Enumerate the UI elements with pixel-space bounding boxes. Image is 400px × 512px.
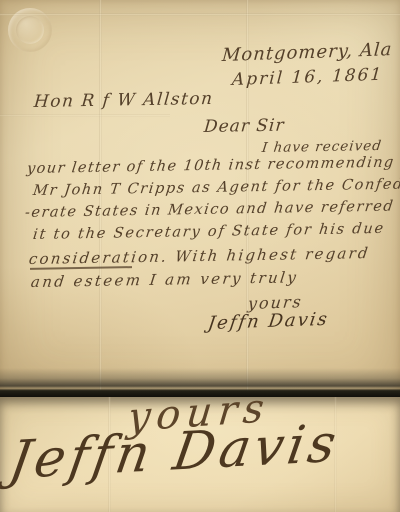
letter-screenshot: Montgomery, Ala April 16, 1861 Hon R f W… [0, 0, 400, 512]
dateline-date: April 16, 1861 [231, 65, 384, 90]
body-line-5: it to the Secretary of State for his due [32, 221, 386, 243]
body-line-2: your letter of the 10th inst recommendin… [26, 155, 396, 177]
signature-line: Jeffn Davis [207, 309, 331, 334]
recipient-line: Hon R f W Allston [33, 89, 214, 112]
salutation-line: Dear Sir [203, 116, 285, 137]
letter-photo: Montgomery, Ala April 16, 1861 Hon R f W… [0, 0, 400, 397]
body-line-6: consideration. With highest regard [28, 244, 371, 268]
fold-crease-horizontal-top [0, 13, 400, 16]
body-line-7: and esteem I am very truly [30, 268, 299, 291]
signature-detail-photo: yours Jeffn Davis [0, 397, 400, 512]
body-line-1: I have received [261, 138, 383, 156]
body-line-4: -erate States in Mexico and have referre… [24, 199, 395, 221]
body-line-3: Mr John T Cripps as Agent for the Confed [32, 177, 400, 200]
fold-crease-horizontal-mid [0, 114, 170, 117]
fold-crease-vertical-left [99, 0, 102, 397]
detail-signature-text: Jeffn Davis [5, 413, 344, 491]
